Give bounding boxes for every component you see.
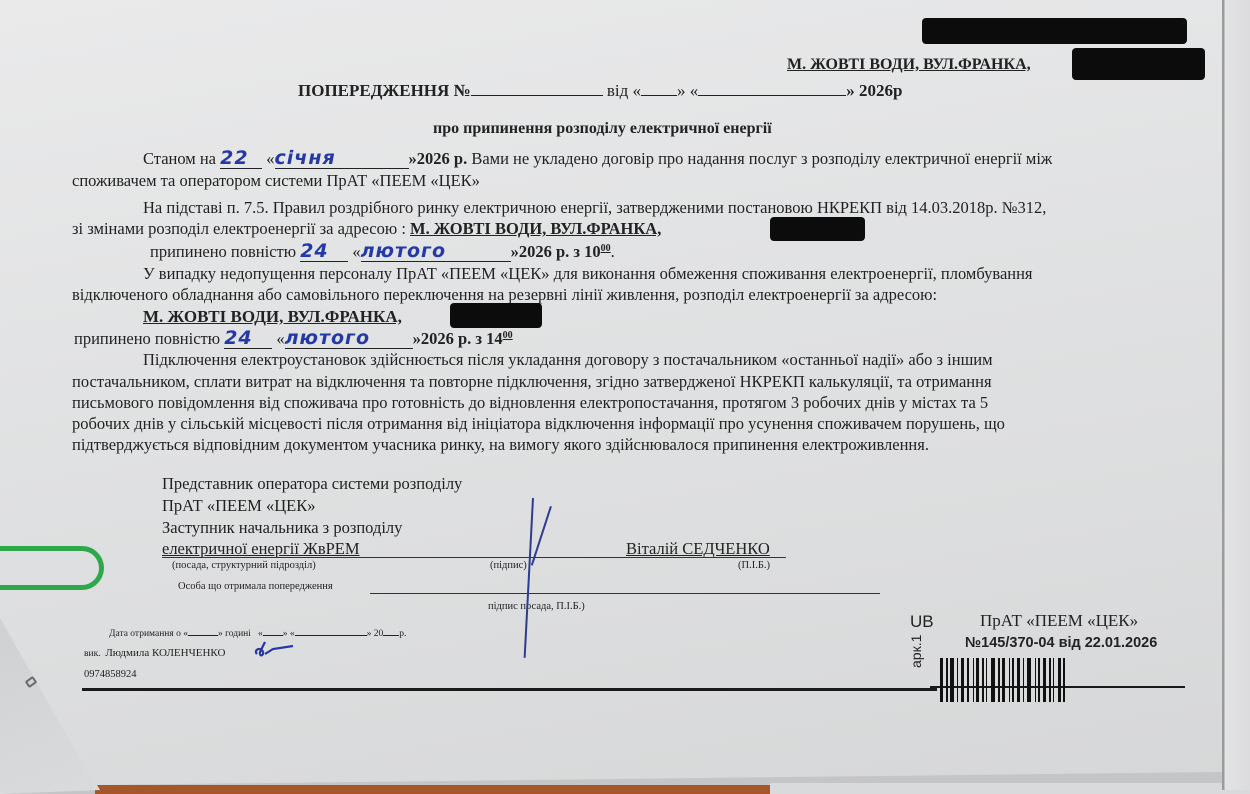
handwritten-month: лютого xyxy=(285,329,413,349)
header-address: М. ЖОВТІ ВОДИ, ВУЛ.ФРАНКА, xyxy=(787,57,1031,73)
cutoff-minutes: 00 xyxy=(503,330,513,341)
paragraph-2-line-2: зі змінами розподіл електроенергії за ад… xyxy=(72,221,661,238)
caption-name: (П.І.Б.) xyxy=(738,561,770,572)
number-field xyxy=(471,82,603,96)
paragraph-4-line: підтверджується відповідним документом у… xyxy=(72,437,929,454)
receipt-label: Дата отримання о « xyxy=(109,629,188,639)
stamp-reg-number: №145/370-04 від 22.01.2026 xyxy=(965,636,1157,651)
paragraph-1-text: Вами не укладено договір про надання пос… xyxy=(467,149,1052,168)
signer-name: Віталій СЕДЧЕНКО xyxy=(626,541,770,558)
paragraph-1-line-2: споживачем та оператором системи ПрАТ «П… xyxy=(72,173,480,190)
paragraph-3-line-4: припинено повністю 24 «лютого»2026 р. з … xyxy=(74,329,513,349)
signature-line-4: електричної енергії ЖвРЕМ xyxy=(162,541,360,558)
quote: » « xyxy=(283,629,295,639)
year-field xyxy=(383,627,399,636)
title-label: ПОПЕРЕДЖЕННЯ № xyxy=(298,81,471,100)
paragraph-4-line: робочих днів у сільській місцевості післ… xyxy=(72,416,1005,433)
stamp-company: ПрАТ «ПЕЕМ «ЦЕК» xyxy=(980,612,1138,629)
paperclip xyxy=(0,546,104,590)
month-field xyxy=(698,82,846,96)
document-subtitle: про припинення розподілу електричної ене… xyxy=(433,121,772,137)
executor-name: Людмила КОЛЕНЧЕНКО xyxy=(105,647,225,659)
signature-line-3: Заступник начальника з розподілу xyxy=(162,520,402,537)
signature-underline xyxy=(162,557,786,558)
signature-line-1: Представник оператора системи розподілу xyxy=(162,476,462,493)
cutoff-minutes: 00 xyxy=(601,243,611,254)
year-label: » 20 xyxy=(367,629,384,639)
cutoff-date: »2026 р. з 10 xyxy=(511,242,601,261)
year-suffix: р. xyxy=(399,629,406,639)
paragraph-4-line: Підключення електроустановок здійснюєтьс… xyxy=(143,352,993,369)
cutoff-label: припинено повністю xyxy=(74,329,220,348)
redaction-header-address xyxy=(1072,48,1205,80)
quote: « xyxy=(633,81,642,100)
executor-initials-icon xyxy=(253,640,295,660)
executor: вик. Людмила КОЛЕНЧЕНКО xyxy=(84,648,225,660)
stamp-code: UB xyxy=(910,613,934,630)
redaction-address-2 xyxy=(450,303,542,328)
paragraph-2-line-1: На підставі п. 7.5. Правил роздрібного р… xyxy=(143,200,1046,217)
caption-signature: (підпис) xyxy=(490,561,527,572)
address-label: зі змінами розподіл електроенергії за ад… xyxy=(72,219,410,238)
document-title: ПОПЕРЕДЖЕННЯ № від «» «» 2026р xyxy=(298,82,903,99)
hour-field xyxy=(188,627,218,636)
day-field xyxy=(641,82,677,96)
signature-line-2: ПрАТ «ПЕЕМ «ЦЕК» xyxy=(162,498,315,515)
paragraph-3-line-1: У випадку недопущення персоналу ПрАТ «ПЕ… xyxy=(143,266,1033,283)
signature-stroke xyxy=(524,498,534,658)
bottom-rule xyxy=(82,688,937,691)
executor-label: вик. xyxy=(84,649,101,659)
redaction-address-1 xyxy=(770,217,865,241)
quote: » « xyxy=(677,81,698,100)
desk-edge xyxy=(95,785,770,794)
receipt-date: Дата отримання о «» годині «» «» 20р. xyxy=(109,627,406,640)
paragraph-2-line-3: припинено повністю 24 «лютого»2026 р. з … xyxy=(150,242,615,262)
paragraph-1-line-1: Станом на 22 «січня»2026 р. Вами не укла… xyxy=(143,149,1052,169)
period: . xyxy=(611,242,615,261)
handwritten-month: січня xyxy=(275,149,409,169)
cutoff-date: »2026 р. з 14 xyxy=(413,329,503,348)
paragraph-3-line-2: відключеного обладнання або самовільного… xyxy=(72,287,937,304)
month-field xyxy=(295,627,367,636)
hours-label: » годині xyxy=(218,629,251,639)
status-prefix: Станом на xyxy=(143,149,216,168)
recipient-label: Особа що отримала попередження xyxy=(178,582,333,593)
desk-edge-light xyxy=(770,783,1250,794)
redaction-top xyxy=(922,18,1187,44)
handwritten-day: 24 xyxy=(224,329,272,349)
sheet-label: арк.1 xyxy=(908,635,924,668)
handwritten-month: лютого xyxy=(361,242,511,262)
recipient-line xyxy=(370,593,880,594)
barcode xyxy=(940,658,1185,702)
title-year: » 2026р xyxy=(846,81,902,100)
paragraph-4-line: письмового повідомлення від споживача пр… xyxy=(72,395,988,412)
page-stack-edge xyxy=(1222,0,1250,790)
year-bold: »2026 р. xyxy=(409,149,468,168)
day-field xyxy=(263,627,283,636)
cutoff-label: припинено повністю xyxy=(150,242,296,261)
recipient-caption: підпис посада, П.І.Б.) xyxy=(488,602,585,613)
paragraph-3-address: М. ЖОВТІ ВОДИ, ВУЛ.ФРАНКА, xyxy=(143,308,402,325)
title-from: від xyxy=(607,81,628,100)
caption-position: (посада, структурний підрозділ) xyxy=(172,561,316,572)
handwritten-day: 22 xyxy=(220,149,262,169)
handwritten-day: 24 xyxy=(300,242,348,262)
executor-phone: 0974858924 xyxy=(84,670,137,681)
address-value: М. ЖОВТІ ВОДИ, ВУЛ.ФРАНКА, xyxy=(410,219,661,238)
paragraph-4-line: постачальником, сплати витрат на відключ… xyxy=(72,374,992,391)
document-page: М. ЖОВТІ ВОДИ, ВУЛ.ФРАНКА, ПОПЕРЕДЖЕННЯ … xyxy=(0,0,1222,788)
